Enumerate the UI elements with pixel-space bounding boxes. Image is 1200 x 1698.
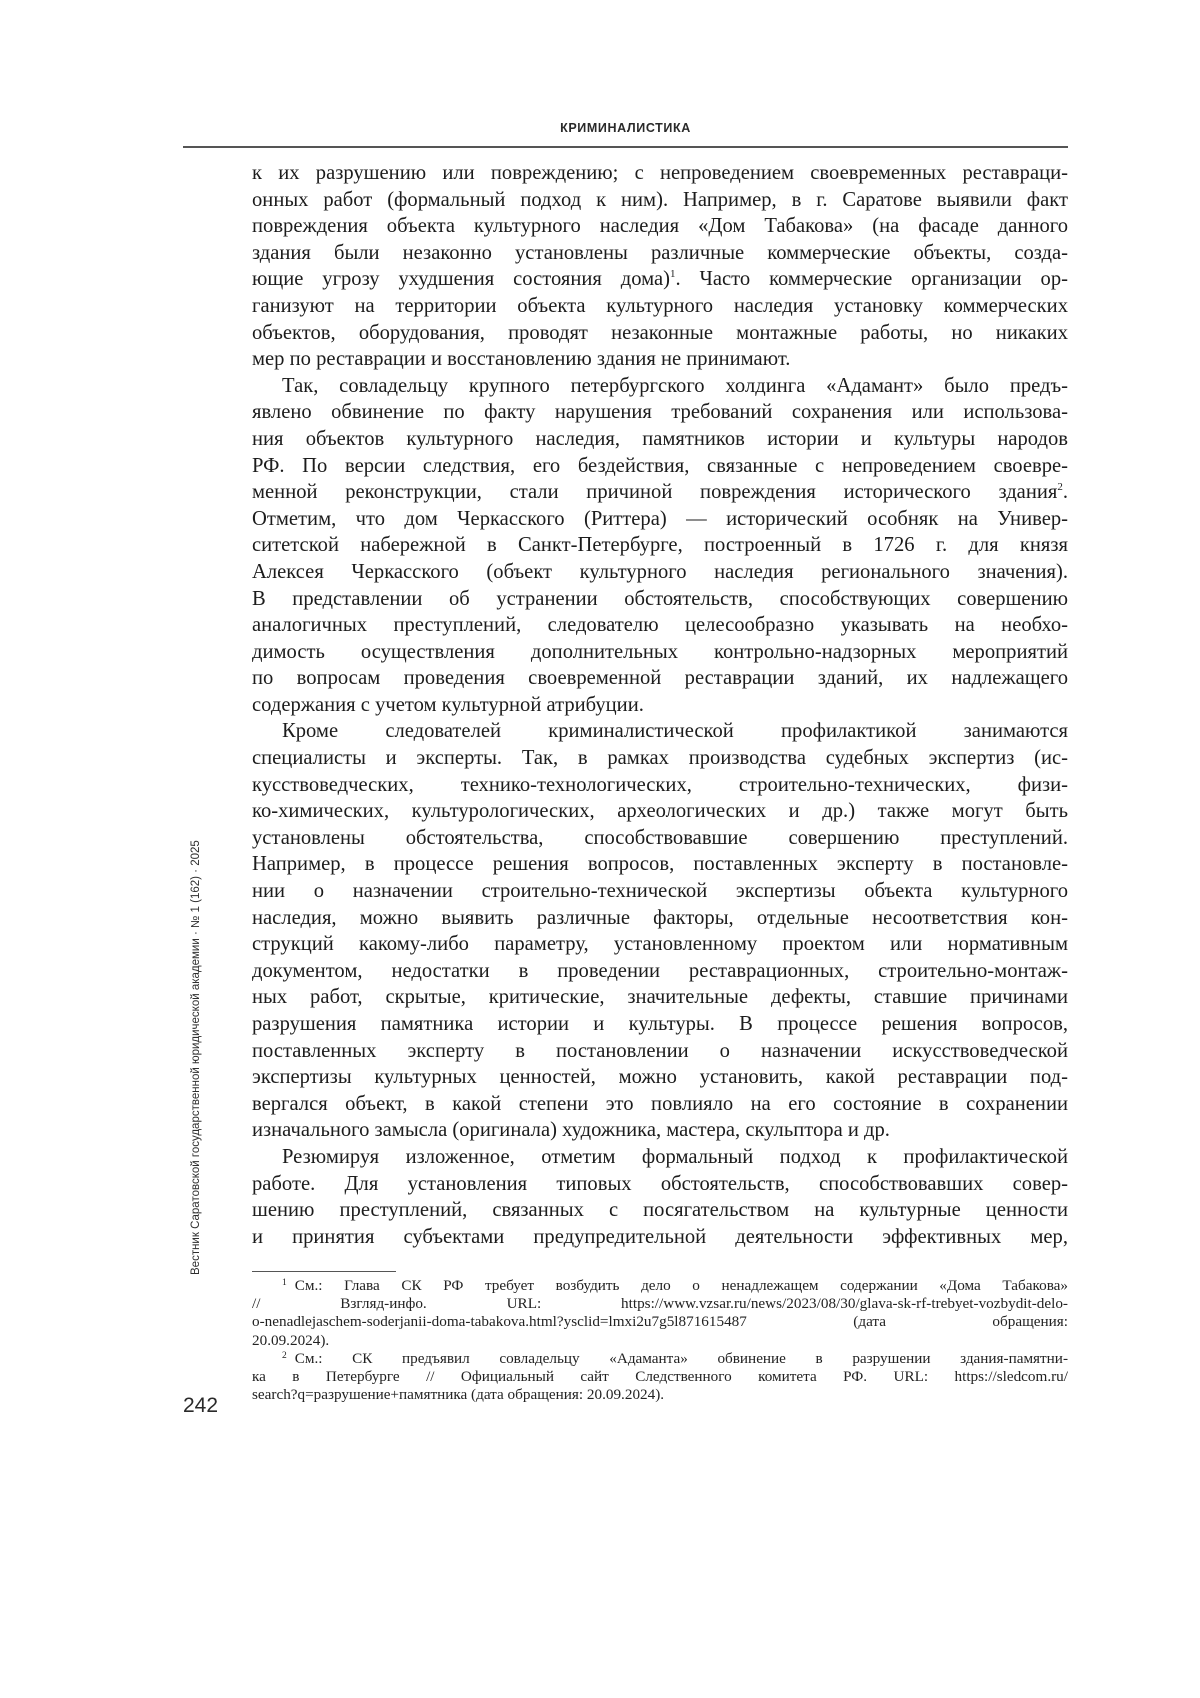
header-divider (183, 146, 1068, 148)
body-line-text: РФ. По версии следствия, его бездействия… (252, 455, 1068, 477)
footnote-divider (252, 1271, 396, 1272)
body-line-text: мер по реставрации и восстановлению здан… (252, 348, 790, 370)
body-line-text: вергался объект, в какой степени это пов… (252, 1093, 1068, 1115)
page-number: 242 (183, 1394, 218, 1418)
footnote-text: См.: СК предъявил совладельцу «Адаманта»… (295, 1350, 1068, 1367)
body-line: повреждения объекта культурного наследия… (252, 213, 1068, 240)
body-line-text: явлено обвинение по факту нарушения треб… (252, 401, 1068, 423)
body-line: ганизуют на территории объекта культурно… (252, 293, 1068, 320)
footnote-line: // Взгляд-инфо. URL: https://www.vzsar.r… (252, 1295, 1068, 1313)
footnotes: 1См.: Глава СК РФ требует возбудить дело… (252, 1277, 1068, 1404)
body-line: кусствоведческих, технико-технологически… (252, 772, 1068, 799)
body-line: поставленных эксперту в постановлении о … (252, 1038, 1068, 1065)
body-line-text: разрушения памятника истории и культуры.… (252, 1013, 1068, 1035)
footnote-text: См.: Глава СК РФ требует возбудить дело … (295, 1277, 1068, 1294)
body-line: разрушения памятника истории и культуры.… (252, 1011, 1068, 1038)
body-line-text: ситетской набережной в Санкт-Петербурге,… (252, 534, 1068, 556)
journal-caption-vertical: Вестник Саратовской государственной юрид… (190, 755, 202, 1275)
body-line: ющие угрозу ухудшения состояния дома)1. … (252, 266, 1068, 293)
body-line: экспертизы культурных ценностей, можно у… (252, 1064, 1068, 1091)
body-line-text: В представлении об устранении обстоятель… (252, 588, 1068, 610)
running-head-title: КРИМИНАЛИСТИКА (183, 121, 1068, 135)
body-line-text: ния объектов культурного наследия, памят… (252, 428, 1068, 450)
body-line-text: Например, в процессе решения вопросов, п… (252, 853, 1068, 875)
body-line: наследия, можно выявить различные фактор… (252, 905, 1068, 932)
body-line: работе. Для установления типовых обстоят… (252, 1171, 1068, 1198)
footnote-line: 20.09.2024). (252, 1332, 1068, 1350)
footnote-line: search?q=разрушение+памятника (дата обра… (252, 1386, 1068, 1404)
body-line-text: поставленных эксперту в постановлении о … (252, 1040, 1068, 1062)
body-line: установлены обстоятельства, способствова… (252, 825, 1068, 852)
body-line-text: менной реконструкции, стали причиной пов… (252, 481, 1057, 503)
body-line: ных работ, скрытые, критические, значите… (252, 984, 1068, 1011)
body-line-text: Алексея Черкасского (объект культурного … (252, 561, 1068, 583)
body-line-text: ко-химических, культурологических, архео… (252, 800, 1068, 822)
body-line: Алексея Черкасского (объект культурного … (252, 559, 1068, 586)
body-line: аналогичных преступлений, следователю це… (252, 612, 1068, 639)
body-line-text: аналогичных преступлений, следователю це… (252, 614, 1068, 636)
footnote-number: 2 (252, 1351, 287, 1361)
body-line: документом, недостатки в проведении рест… (252, 958, 1068, 985)
body-line-text: ных работ, скрытые, критические, значите… (252, 986, 1068, 1008)
body-line-text: изначального замысла (оригинала) художни… (252, 1119, 890, 1141)
body-line-text: нии о назначении строительно-технической… (252, 880, 1068, 902)
footnote-text: o-nenadlejaschem-soderjanii-doma-tabakov… (252, 1313, 1068, 1330)
body-line-text: содержания с учетом культурной атрибуции… (252, 694, 644, 716)
body-line-text: шению преступлений, связанных с посягате… (252, 1199, 1068, 1221)
body-line: по вопросам проведения своевременной рес… (252, 665, 1068, 692)
footnote-line: o-nenadlejaschem-soderjanii-doma-tabakov… (252, 1313, 1068, 1331)
body-line-text: Кроме следователей криминалистической пр… (282, 720, 1068, 742)
body-line: мер по реставрации и восстановлению здан… (252, 346, 1068, 373)
body-line-tail: . (1063, 481, 1068, 503)
body-line: здания были незаконно установлены различ… (252, 240, 1068, 267)
body-line-text: и принятия субъектами предупредительной … (252, 1226, 1068, 1248)
body-line-text: установлены обстоятельства, способствова… (252, 827, 1068, 849)
body-line-text: работе. Для установления типовых обстоят… (252, 1173, 1068, 1195)
body-line-text: здания были незаконно установлены различ… (252, 242, 1068, 264)
body-line: Так, совладельцу крупного петербургского… (252, 373, 1068, 400)
body-line: струкций какому-либо параметру, установл… (252, 931, 1068, 958)
body-line: вергался объект, в какой степени это пов… (252, 1091, 1068, 1118)
body-line: В представлении об устранении обстоятель… (252, 586, 1068, 613)
footnote-text: 20.09.2024). (252, 1332, 329, 1349)
body-line-text: повреждения объекта культурного наследия… (252, 215, 1068, 237)
body-line-text: к их разрушению или повреждению; с непро… (252, 162, 1068, 184)
body-line-text: Резюмируя изложенное, отметим формальный… (282, 1146, 1068, 1168)
body-line-text: Так, совладельцу крупного петербургского… (282, 375, 1068, 397)
body-line: Например, в процессе решения вопросов, п… (252, 851, 1068, 878)
body-line: РФ. По версии следствия, его бездействия… (252, 453, 1068, 480)
body-line-text: димость осуществления дополнительных кон… (252, 641, 1068, 663)
body-line-text: ганизуют на территории объекта культурно… (252, 295, 1068, 317)
footnote-text: ка в Петербурге // Официальный сайт След… (252, 1368, 1068, 1385)
body-line: специалисты и эксперты. Так, в рамках пр… (252, 745, 1068, 772)
body-line-text: специалисты и эксперты. Так, в рамках пр… (252, 747, 1068, 769)
body-line-text: по вопросам проведения своевременной рес… (252, 667, 1068, 689)
body-line-text: экспертизы культурных ценностей, можно у… (252, 1066, 1068, 1088)
footnote-line: 2См.: СК предъявил совладельцу «Адаманта… (252, 1350, 1068, 1368)
footnote-number: 1 (252, 1278, 287, 1288)
body-line-text: наследия, можно выявить различные фактор… (252, 907, 1068, 929)
footnote-text: // Взгляд-инфо. URL: https://www.vzsar.r… (252, 1295, 1068, 1312)
body-line: изначального замысла (оригинала) художни… (252, 1117, 1068, 1144)
body-line: ко-химических, культурологических, архео… (252, 798, 1068, 825)
body-line: нии о назначении строительно-технической… (252, 878, 1068, 905)
body-line-text: Отметим, что дом Черкасского (Риттера) —… (252, 508, 1068, 530)
footnote-line: ка в Петербурге // Официальный сайт След… (252, 1368, 1068, 1386)
footnote-line: 1См.: Глава СК РФ требует возбудить дело… (252, 1277, 1068, 1295)
body-line: онных работ (формальный подход к ним). Н… (252, 187, 1068, 214)
body-line: явлено обвинение по факту нарушения треб… (252, 399, 1068, 426)
body-line: менной реконструкции, стали причиной пов… (252, 479, 1068, 506)
body-line: димость осуществления дополнительных кон… (252, 639, 1068, 666)
body-line: Отметим, что дом Черкасского (Риттера) —… (252, 506, 1068, 533)
body-line: к их разрушению или повреждению; с непро… (252, 160, 1068, 187)
body-line: содержания с учетом культурной атрибуции… (252, 692, 1068, 719)
body-line: Кроме следователей криминалистической пр… (252, 718, 1068, 745)
body-line-text: ющие угрозу ухудшения состояния дома) (252, 268, 670, 290)
body-line-text: онных работ (формальный подход к ним). Н… (252, 189, 1068, 211)
body-line: ситетской набережной в Санкт-Петербурге,… (252, 532, 1068, 559)
body-line-text: струкций какому-либо параметру, установл… (252, 933, 1068, 955)
body-line-tail: . Часто коммерческие организации ор- (676, 268, 1069, 290)
body-line-text: документом, недостатки в проведении рест… (252, 960, 1068, 982)
body-line: шению преступлений, связанных с посягате… (252, 1197, 1068, 1224)
body-line: ния объектов культурного наследия, памят… (252, 426, 1068, 453)
body-line: Резюмируя изложенное, отметим формальный… (252, 1144, 1068, 1171)
body-line: и принятия субъектами предупредительной … (252, 1224, 1068, 1251)
footnote-text: search?q=разрушение+памятника (дата обра… (252, 1386, 664, 1403)
body-text: к их разрушению или повреждению; с непро… (252, 160, 1068, 1250)
body-line: объектов, оборудования, проводят незакон… (252, 320, 1068, 347)
body-line-text: кусствоведческих, технико-технологически… (252, 774, 1068, 796)
body-line-text: объектов, оборудования, проводят незакон… (252, 322, 1068, 344)
